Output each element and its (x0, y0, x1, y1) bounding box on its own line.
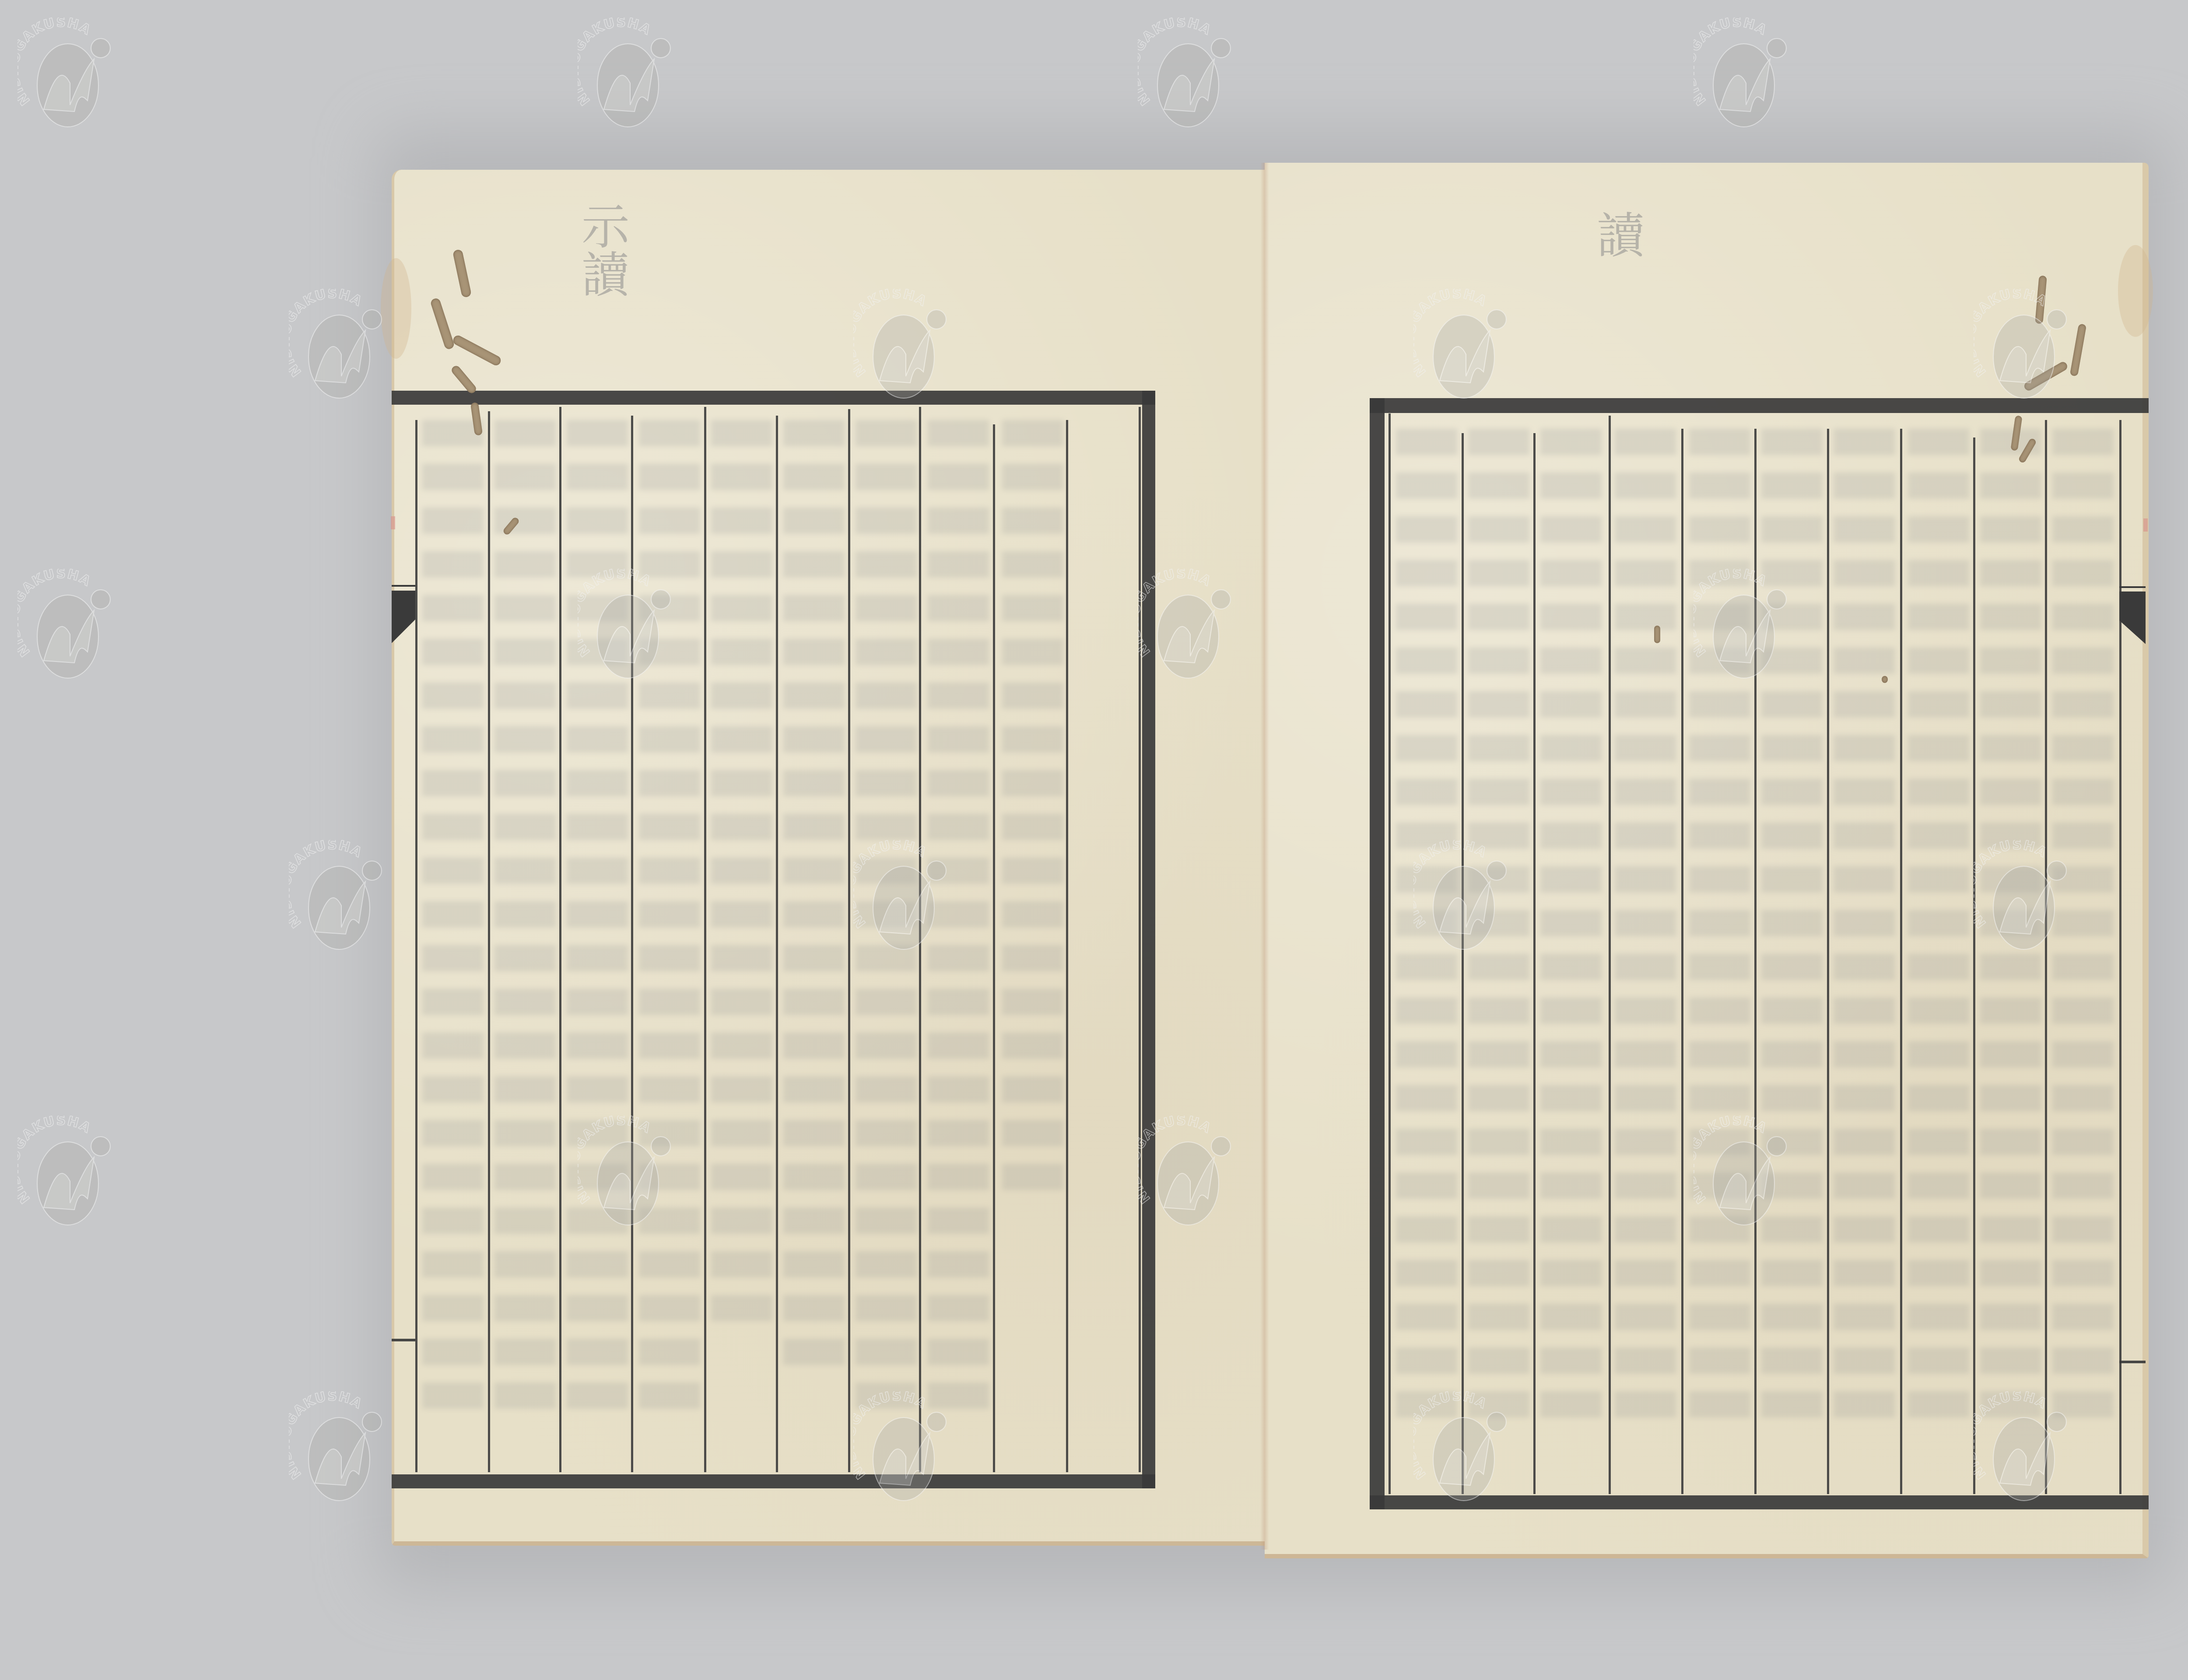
lower-fishtail-line (2119, 1361, 2146, 1363)
nishogakusha-logo-icon: NISHOGAKUSHA (1413, 840, 1518, 954)
nishogakusha-logo-icon: NISHOGAKUSHA (1413, 289, 1518, 402)
column-rule (776, 416, 778, 1472)
showthrough-column (1615, 429, 1676, 1435)
showthrough-column (494, 420, 556, 1426)
nishogakusha-logo-icon: NISHOGAKUSHA (578, 1116, 683, 1229)
nishogakusha-logo-icon: NISHOGAKUSHA (578, 17, 683, 131)
paper-stain (2118, 245, 2153, 337)
column-rule (1900, 429, 1902, 1494)
fishtail-line (392, 585, 415, 587)
showthrough-column (1908, 429, 1969, 1435)
showthrough-column (711, 420, 772, 1339)
column-rule (559, 407, 561, 1472)
showthrough-column (783, 420, 845, 1382)
column-rule (1681, 429, 1683, 1494)
nishogakusha-logo-icon: NISHOGAKUSHA (1138, 569, 1243, 682)
nishogakusha-logo-icon: NISHOGAKUSHA (1138, 1116, 1243, 1229)
center-fold (1260, 163, 1269, 1550)
column-rule (1973, 437, 1975, 1494)
nishogakusha-logo-icon: NISHOGAKUSHA (853, 840, 958, 954)
nishogakusha-logo-icon: NISHOGAKUSHA (18, 569, 123, 682)
showthrough-column (1540, 429, 1602, 1435)
column-rule (2119, 420, 2121, 1494)
nishogakusha-logo-icon: NISHOGAKUSHA (18, 1116, 123, 1229)
wormhole (1654, 626, 1660, 643)
right-margin-note: 讀 (1593, 210, 1641, 258)
showthrough-column (422, 420, 484, 1426)
nishogakusha-logo-icon: NISHOGAKUSHA (853, 1391, 958, 1505)
column-rule (2045, 420, 2047, 1494)
lower-fishtail-line (392, 1339, 415, 1341)
nishogakusha-logo-icon: NISHOGAKUSHA (1974, 840, 2079, 954)
column-rule (848, 409, 850, 1472)
nishogakusha-logo-icon: NISHOGAKUSHA (289, 1391, 394, 1505)
nishogakusha-logo-icon: NISHOGAKUSHA (1974, 289, 2079, 402)
nishogakusha-logo-icon: NISHOGAKUSHA (1694, 569, 1799, 682)
column-rule (704, 407, 706, 1472)
left-frame-top-border (392, 391, 1155, 405)
column-rule (1462, 433, 1464, 1494)
nishogakusha-logo-icon: NISHOGAKUSHA (1138, 17, 1243, 131)
nishogakusha-logo-icon: NISHOGAKUSHA (1413, 1391, 1518, 1505)
column-rule (993, 424, 995, 1472)
left-frame-right-border (1142, 391, 1155, 1488)
right-frame-left-border (1370, 398, 1385, 1509)
column-rule (1533, 433, 1536, 1494)
red-mark (391, 516, 395, 529)
wormhole (1882, 676, 1888, 683)
column-rule (1389, 413, 1391, 1494)
column-rule (415, 420, 417, 1472)
column-rule (488, 411, 490, 1472)
left-frame-bottom-border (392, 1474, 1155, 1488)
column-rule (1827, 429, 1829, 1494)
showthrough-column (1002, 420, 1063, 1207)
nishogakusha-logo-icon: NISHOGAKUSHA (1694, 17, 1799, 131)
nishogakusha-logo-icon: NISHOGAKUSHA (18, 17, 123, 131)
nishogakusha-logo-icon: NISHOGAKUSHA (289, 840, 394, 954)
nishogakusha-logo-icon: NISHOGAKUSHA (853, 289, 958, 402)
nishogakusha-logo-icon: NISHOGAKUSHA (1974, 1391, 2079, 1505)
fishtail-line (2119, 586, 2146, 588)
showthrough-column (1834, 429, 1895, 1435)
column-rule (1066, 420, 1068, 1472)
left-margin-note: 示讀 (578, 201, 626, 297)
nishogakusha-logo-icon: NISHOGAKUSHA (1694, 1116, 1799, 1229)
red-mark (2143, 518, 2148, 532)
nishogakusha-logo-icon: NISHOGAKUSHA (289, 289, 394, 402)
column-rule (1139, 407, 1141, 1472)
column-rule (1609, 416, 1611, 1494)
nishogakusha-logo-icon: NISHOGAKUSHA (578, 569, 683, 682)
